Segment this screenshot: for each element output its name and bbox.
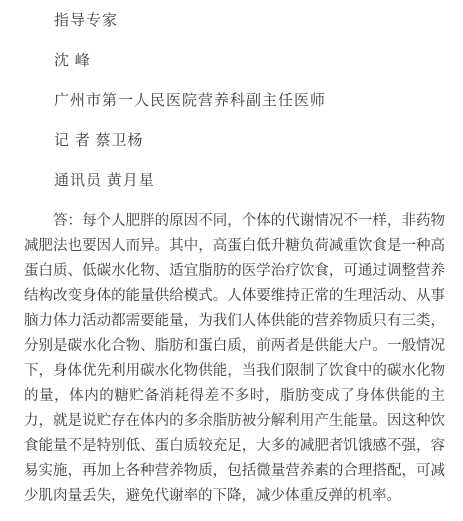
answer-paragraph: 答：每个人肥胖的原因不同，个体的代谢情况不一样，非药物减肥法也要因人而异。其中，… bbox=[24, 209, 445, 509]
expert-name: 沈 峰 bbox=[24, 49, 445, 74]
expert-title: 广州市第一人民医院营养科副主任医师 bbox=[24, 89, 445, 114]
reporter-byline: 记 者 蔡卫杨 bbox=[24, 129, 445, 154]
correspondent-byline: 通讯员 黄月星 bbox=[24, 169, 445, 194]
article-body: 指导专家 沈 峰 广州市第一人民医院营养科副主任医师 记 者 蔡卫杨 通讯员 黄… bbox=[0, 0, 463, 509]
expert-section-label: 指导专家 bbox=[24, 9, 445, 34]
